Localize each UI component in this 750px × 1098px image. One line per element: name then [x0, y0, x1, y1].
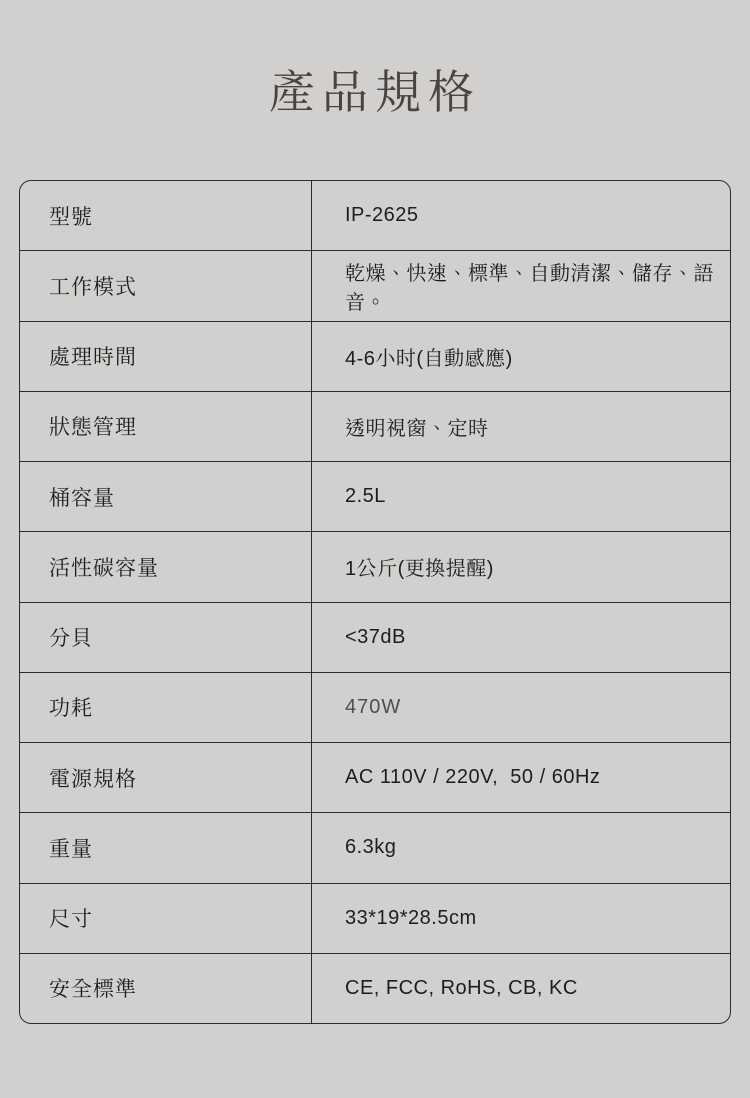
spec-label: 桶容量	[20, 462, 312, 531]
spec-label: 電源規格	[20, 743, 312, 812]
table-row: 電源規格 AC 110V / 220V, 50 / 60Hz	[20, 742, 730, 812]
spec-value: <37dB	[312, 603, 730, 672]
spec-label: 型號	[20, 181, 312, 250]
table-row: 功耗 470W	[20, 672, 730, 742]
spec-label: 尺寸	[20, 884, 312, 953]
spec-value: 33*19*28.5cm	[312, 884, 730, 953]
spec-table: 型號 IP-2625 工作模式 乾燥、快速、標準、自動清潔、儲存、語音。 處理時…	[19, 180, 731, 1024]
spec-value: 470W	[312, 673, 730, 742]
spec-value: 6.3kg	[312, 813, 730, 882]
table-row: 桶容量 2.5L	[20, 461, 730, 531]
spec-label: 活性碳容量	[20, 532, 312, 601]
spec-value: 1公斤(更換提醒)	[312, 532, 730, 601]
spec-value: AC 110V / 220V, 50 / 60Hz	[312, 743, 730, 812]
spec-label: 功耗	[20, 673, 312, 742]
spec-value: IP-2625	[312, 181, 730, 250]
spec-page: 產品規格 型號 IP-2625 工作模式 乾燥、快速、標準、自動清潔、儲存、語音…	[0, 0, 750, 1098]
table-row: 重量 6.3kg	[20, 812, 730, 882]
spec-value: 2.5L	[312, 462, 730, 531]
spec-label: 分貝	[20, 603, 312, 672]
spec-value: 4-6小时(自動感應)	[312, 322, 730, 391]
spec-label: 重量	[20, 813, 312, 882]
spec-value: 透明視窗、定時	[312, 392, 730, 461]
spec-label: 工作模式	[20, 251, 312, 320]
table-row: 處理時間 4-6小时(自動感應)	[20, 321, 730, 391]
spec-value: CE, FCC, RoHS, CB, KC	[312, 954, 730, 1023]
spec-label: 處理時間	[20, 322, 312, 391]
table-row: 分貝 <37dB	[20, 602, 730, 672]
spec-value: 乾燥、快速、標準、自動清潔、儲存、語音。	[312, 251, 730, 320]
table-row: 型號 IP-2625	[20, 181, 730, 250]
table-row: 工作模式 乾燥、快速、標準、自動清潔、儲存、語音。	[20, 250, 730, 320]
table-row: 活性碳容量 1公斤(更換提醒)	[20, 531, 730, 601]
spec-label: 安全標準	[20, 954, 312, 1023]
table-row: 安全標準 CE, FCC, RoHS, CB, KC	[20, 953, 730, 1023]
table-row: 尺寸 33*19*28.5cm	[20, 883, 730, 953]
spec-label: 狀態管理	[20, 392, 312, 461]
page-title: 產品規格	[0, 64, 750, 122]
table-row: 狀態管理 透明視窗、定時	[20, 391, 730, 461]
